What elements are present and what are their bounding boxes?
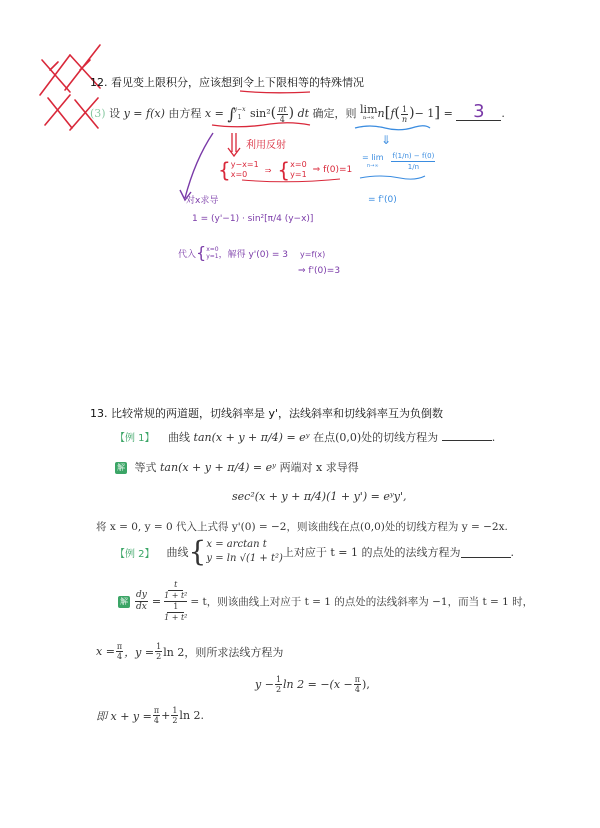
solution-1-prefix: 等式 [135,461,157,474]
pi-num: π [354,675,361,685]
eq-lhs: x = [205,107,224,120]
limit-frac-den: n [402,115,407,124]
dx: dx [136,602,147,613]
integrand: sin² [250,107,271,120]
half-den: 2 [276,685,281,694]
final-half-den: 2 [172,716,177,725]
period: . [492,431,496,444]
example-2-label: 【例 2】 [115,545,155,560]
section-13-heading: 13. 比较常规的两道题，切线斜率是 y'，法线斜率和切线斜率互为负倒数 [90,405,443,421]
limit-minus: − 1 [415,107,435,120]
example-2: 【例 2】 曲线 { x = arctan t y = ln √(1 + t²)… [115,538,514,566]
equals: = [444,107,453,120]
problem-3: (3) 设 y = f(x) 由方程 x = ∫y−x1 sin²(πt4) d… [90,103,505,124]
display-mid: ln 2 = −(x − [283,678,353,691]
limit-n: n [378,107,385,120]
purple-arrow [185,133,213,198]
blue-limit-block: = lim n→∞ f(1/n) − f(0) 1/n [362,151,436,172]
problem-mid: 由方程 [168,107,201,120]
final-half-num: 1 [171,706,178,716]
answer-blank[interactable]: 3 [456,105,501,121]
display-lhs: y − [255,678,274,691]
line2-suffix: ln 2，则所求法线方程为 [163,644,283,660]
x-frac-den: 4 [117,652,122,661]
limit-sub: n→∞ [363,114,375,123]
integral-lower: 1 [238,114,242,122]
integral-upper: y−x [234,106,246,114]
solution-2-after-frac: = t，则该曲线上对应于 t = 1 的点处的法线斜率为 −1，而当 t = 1… [190,594,533,609]
example-1-equation: tan(x + y + π/4) = eʸ [194,431,310,444]
solution-2-display-eq: y − 12 ln 2 = −(x − π4 ), [255,675,370,694]
solution-1-line-1: 解 等式 tan(x + y + π/4) = eʸ 两端对 x 求导得 [115,459,359,475]
blue-frac-num: f(1/n) − f(0) [391,151,435,162]
dy: dy [135,590,148,602]
heading-text: 比较常规的两道题，切线斜率是 y'，法线斜率和切线斜率互为负倒数 [111,407,443,420]
problem-confirm: 确定，则 [313,107,357,120]
final-pi-num: π [153,706,160,716]
underline-limit [355,126,430,130]
heading-number: 12. [90,76,108,89]
handwritten-answer: 3 [473,101,484,122]
example-1: 【例 1】 曲线 tan(x + y + π/4) = eʸ 在点(0,0)处的… [115,429,495,445]
solution-1-display-eq: sec²(x + y + π/4)(1 + y') = eʸy', [232,490,406,503]
purple-sub-x: x=0 [206,246,218,253]
section-12-heading: 12. 看见变上限积分，应该想到令上下限相等的特殊情况 [90,74,364,90]
red-sys-left-2: x=0 [231,170,259,180]
big-frac-den-num: 1 [167,602,184,613]
period: . [501,107,505,120]
red-result: ⇒ f(0)=1 [313,165,353,175]
blue-frac-den: 1/n [408,162,419,172]
big-frac-den-den: 1 + t² [164,613,187,623]
red-sys-left-1: y−x=1 [231,160,259,170]
final-suffix: ln 2. [179,709,204,722]
purple-sub-prefix: 代入 [178,247,196,260]
red-implies: ⇒ [265,166,272,175]
solution-badge: 解 [118,596,130,608]
blue-result: = f'(0) [368,195,397,205]
display-end: ), [362,678,370,691]
period: . [511,546,515,559]
red-note-label: 利用反射 [246,136,286,151]
big-frac-num-num: t [168,580,183,591]
example-1-blank[interactable] [442,430,492,441]
example-1-label: 【例 1】 [115,433,155,444]
red-double-arrow [228,133,240,156]
x-frac-num: π [116,642,123,652]
example-2-prefix: 曲线 [167,544,189,560]
problem-prefix: 设 [109,107,120,120]
integrand-num: πt [277,105,287,115]
red-sys-right-1: x=0 [290,160,307,170]
purple-side-note-1: y=f(x) [300,250,325,259]
example-1-suffix: 在点(0,0)处的切线方程为 [313,431,438,444]
solution-1-equation: tan(x + y + π/4) = eʸ [160,461,276,474]
example-1-prefix: 曲线 [168,431,190,444]
purple-derive-label: 对x求导 [186,193,218,206]
example-2-system-y: y = ln √(1 + t²) [206,552,283,566]
blue-arrow: ⇓ [381,133,391,147]
example-2-suffix: 上对应于 t = 1 的点处的法线方程为 [283,544,461,560]
solution-2-line-1: 解 dy dx = t 1 + t² 1 1 + t² = t，则该曲线上对应于… [118,580,533,623]
solution-badge: 解 [115,462,127,474]
solution-1-suffix: 两端对 x 求导得 [280,461,359,474]
final-pi-den: 4 [154,716,159,725]
half-num: 1 [275,675,282,685]
y-frac-den: 2 [156,652,161,661]
solution-2-final: 即 x + y = π4 + 12 ln 2. [96,706,204,725]
blue-limit-sub: n→∞ [367,162,379,170]
limit-frac-num: 1 [401,105,408,115]
heading-text: 看见变上限积分，应该想到令上下限相等的特殊情况 [111,76,364,89]
limit-op: lim [360,105,377,114]
underline-heading [240,91,310,93]
solution-1-line-3: 将 x = 0, y = 0 代入上式得 y'(0) = −2，则该曲线在点(0… [96,519,508,534]
big-frac-num-den: 1 + t² [164,591,187,601]
integrand-den: 4 [280,115,285,124]
solution-2-line-2: x = π4 ，y = 12 ln 2，则所求法线方程为 [96,642,283,661]
red-system-block: { y−x=1 x=0 ⇒ { x=0 y=1 ⇒ f(0)=1 [218,160,352,180]
y-frac-num: 1 [155,642,162,652]
pi-den: 4 [355,685,360,694]
red-sys-right-2: y=1 [290,170,307,180]
heading-number: 13. [90,407,108,420]
problem-label: (3) [90,107,106,120]
problem-func: y = f(x) [124,107,165,120]
final-plus: + [161,709,170,722]
purple-sub-y: y=1 [206,253,218,260]
purple-derivative-eq: 1 = (y'−1) · sin²[π/4 (y−x)] [192,214,313,224]
final-prefix: 即 x + y = [96,708,152,724]
example-2-blank[interactable] [461,547,511,558]
integrand-dt: dt [298,107,309,120]
purple-sub-result: ，解得 y'(0) = 3 [219,247,288,260]
purple-side-note-2: ⇒ f'(0)=3 [298,266,340,276]
line2-y: ，y = [124,644,154,660]
purple-substitute: 代入 { x=0 y=1 ，解得 y'(0) = 3 [178,245,288,261]
example-2-system-x: x = arctan t [206,538,283,552]
line2-x: x = [96,645,115,658]
blue-limit: = lim [362,154,383,162]
